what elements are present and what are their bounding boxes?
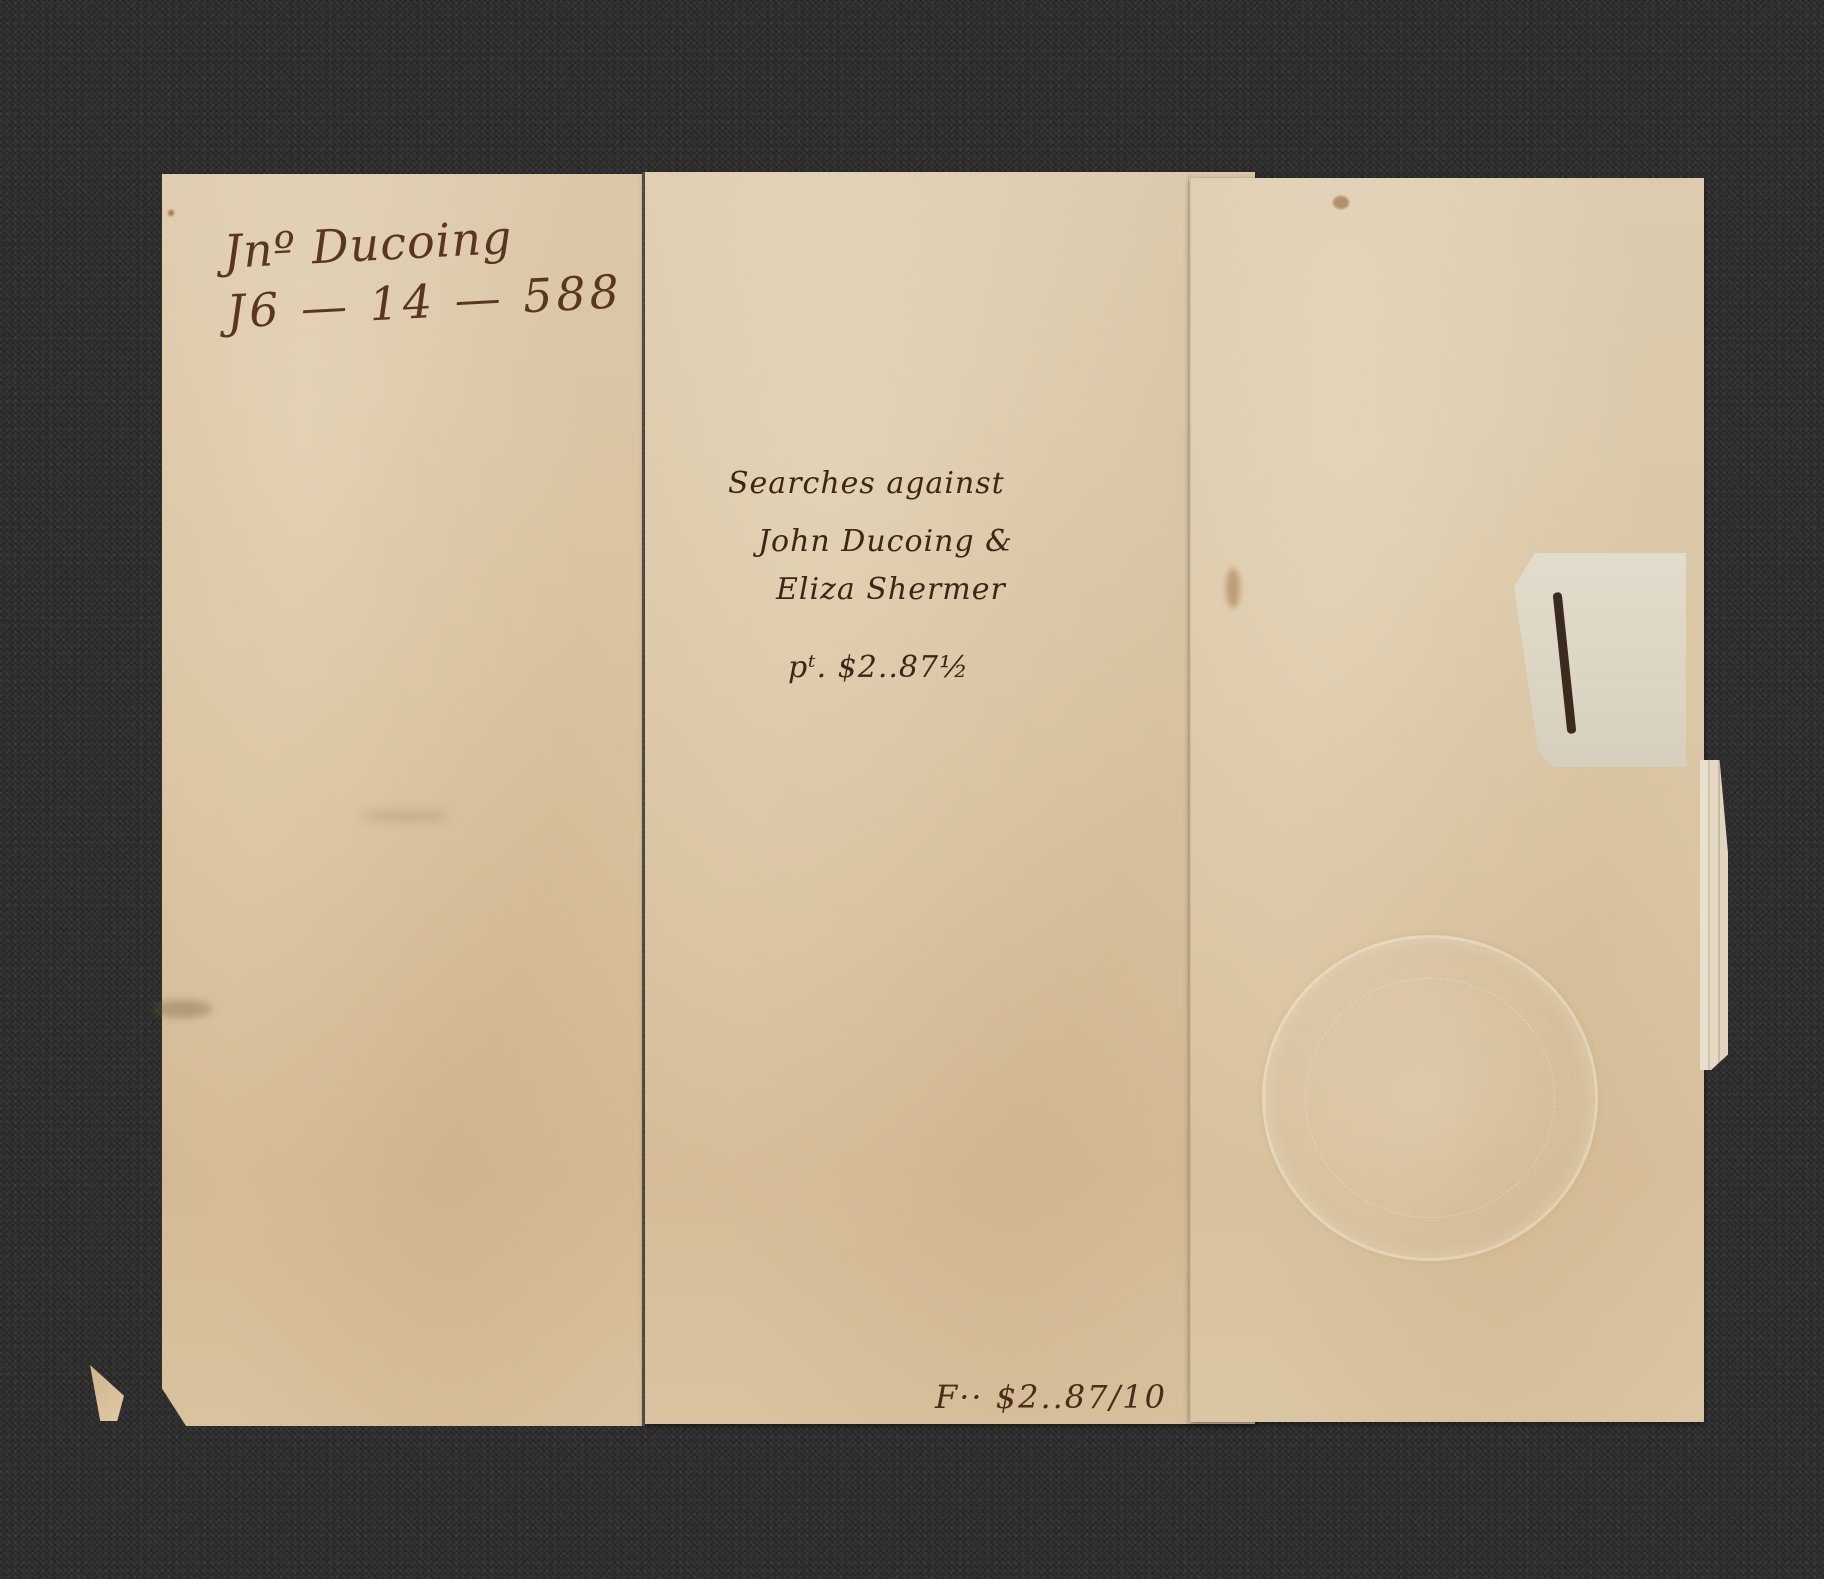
paper-panel-left <box>162 174 642 1426</box>
document-photo: Jnº Ducoing J6 — 14 — 588 Searches again… <box>0 0 1824 1579</box>
stain-icon <box>152 1000 212 1018</box>
bottom-fee-note: F·· $2..87/10 <box>935 1378 1167 1416</box>
paper-panel-middle <box>645 172 1255 1424</box>
corner-docket-note: Jnº Ducoing J6 — 14 — 588 <box>222 201 624 342</box>
stain-icon <box>168 210 174 216</box>
endorsement-title: Searches against <box>728 455 1013 513</box>
fold-line-left <box>642 172 645 1426</box>
attached-paper-tab <box>1514 553 1686 767</box>
stain-icon <box>1226 568 1240 608</box>
endorsement-fee: pᵗ. $2..87½ <box>788 639 1013 697</box>
stain-icon <box>360 810 450 822</box>
seal-inner-ring <box>1305 978 1555 1218</box>
underlying-sheet-edges <box>1700 760 1728 1070</box>
stain-icon <box>1333 196 1349 209</box>
endorsement-name-2: Eliza Shermer <box>776 561 1013 619</box>
folded-corner <box>90 1365 124 1421</box>
endorsement-block: Searches against John Ducoing & Eliza Sh… <box>728 455 1013 697</box>
embossed-seal-icon <box>1262 935 1598 1261</box>
fold-line-right <box>1188 174 1191 1424</box>
